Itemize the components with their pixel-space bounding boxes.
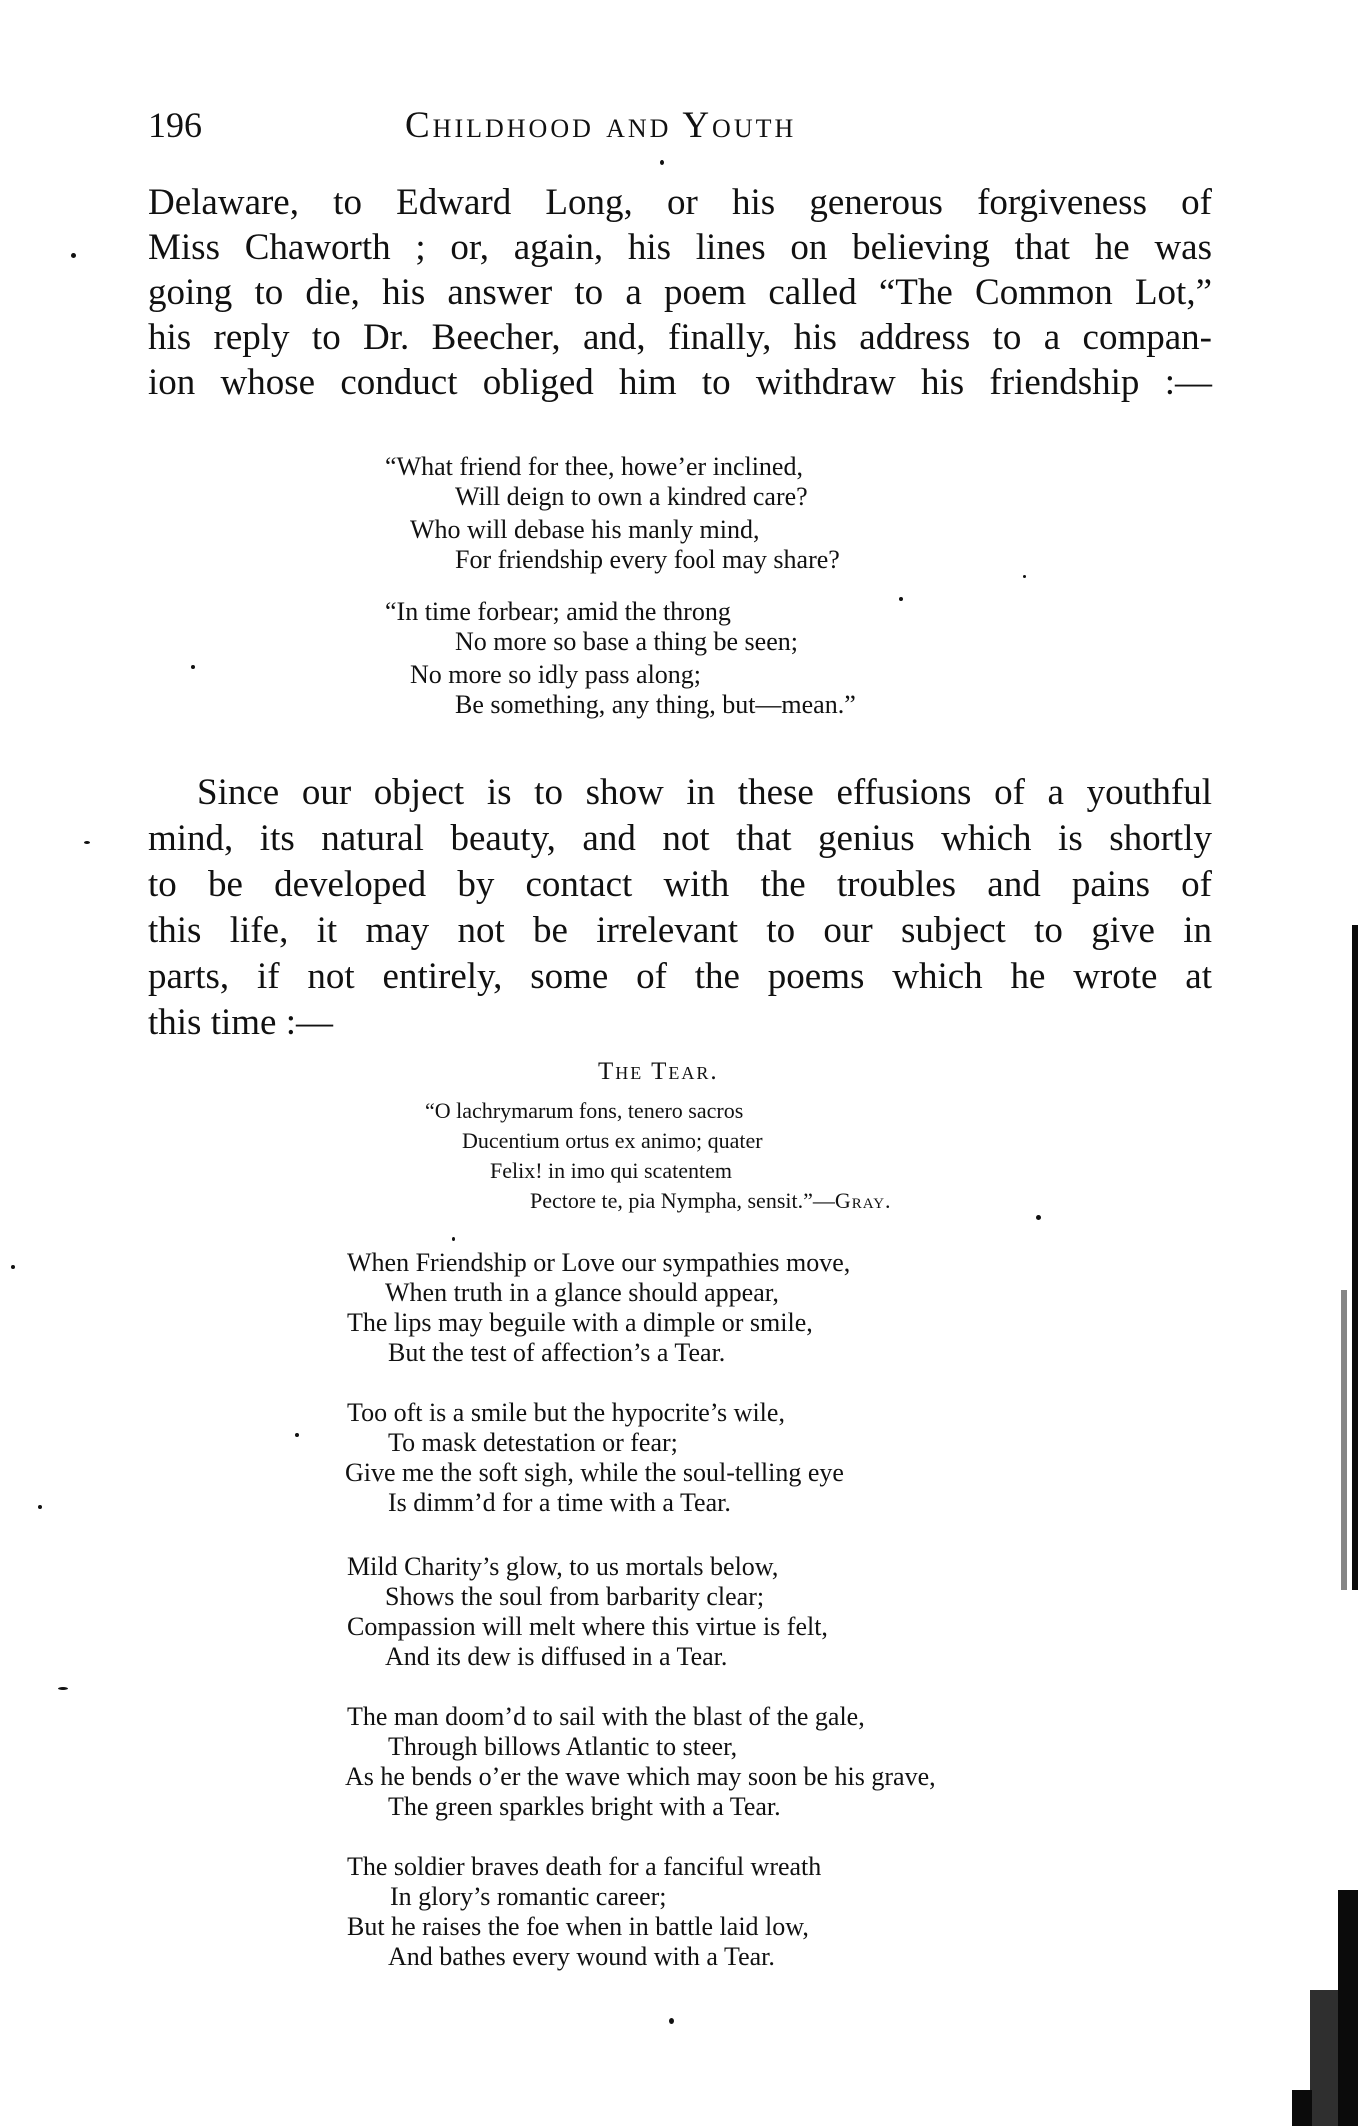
verse-line: In glory’s romantic career;: [390, 1882, 667, 1912]
text-line: Miss Chaworth ; or, again, his lines on …: [148, 225, 1212, 270]
verse-line: The soldier braves death for a fanciful …: [347, 1852, 821, 1882]
scan-speck: [11, 1265, 15, 1269]
scan-speck: [1023, 575, 1026, 578]
scan-speck: [669, 2018, 674, 2024]
verse-line: Shows the soul from barbarity clear;: [385, 1582, 764, 1612]
running-title: Childhood and Youth: [405, 104, 796, 147]
text-line: this time :—: [148, 1000, 1212, 1045]
verse-line: No more so idly pass along;: [410, 660, 701, 690]
verse-line: Who will debase his manly mind,: [410, 515, 760, 545]
text-line: this life, it may not be irrelevant to o…: [148, 908, 1212, 953]
scan-speck: [71, 253, 76, 258]
verse-line: Too oft is a smile but the hypocrite’s w…: [347, 1398, 785, 1428]
verse-line: “What friend for thee, howe’er inclined,: [385, 452, 803, 482]
verse-line: To mask detestation or fear;: [388, 1428, 678, 1458]
epigraph-line: Felix! in imo qui scatentem: [490, 1156, 732, 1186]
verse-line: Mild Charity’s glow, to us mortals below…: [347, 1552, 778, 1582]
verse-line: Give me the soft sigh, while the soul-te…: [345, 1458, 844, 1488]
text-line: parts, if not entirely, some of the poem…: [148, 954, 1212, 999]
verse-line: But he raises the foe when in battle lai…: [347, 1912, 809, 1942]
text-line: Since our object is to show in these eff…: [197, 770, 1212, 815]
verse-line: When Friendship or Love our sympathies m…: [347, 1248, 850, 1278]
scan-speck: [191, 665, 195, 669]
verse-line: No more so base a thing be seen;: [455, 627, 798, 657]
verse-line: And bathes every wound with a Tear.: [388, 1942, 775, 1972]
text-line: going to die, his answer to a poem calle…: [148, 270, 1212, 315]
epigraph-line: Ducentium ortus ex animo; quater: [462, 1126, 763, 1156]
verse-line: As he bends o’er the wave which may soon…: [345, 1762, 936, 1792]
scan-speck: [660, 160, 664, 165]
scan-speck: [452, 1237, 455, 1241]
verse-line: For friendship every fool may share?: [455, 545, 840, 575]
verse-line: The green sparkles bright with a Tear.: [388, 1792, 781, 1822]
text-line: Delaware, to Edward Long, or his generou…: [148, 180, 1212, 225]
scan-speck: [295, 1433, 299, 1437]
verse-line: Will deign to own a kindred care?: [455, 482, 808, 512]
page-number: 196: [148, 104, 202, 146]
text-line: to be developed by contact with the trou…: [148, 862, 1212, 907]
verse-line: But the test of affection’s a Tear.: [388, 1338, 725, 1368]
page-edge-shadow: [1341, 1290, 1347, 1590]
epigraph-line: “O lachrymarum fons, tenero sacros: [425, 1096, 743, 1126]
text-line: mind, its natural beauty, and not that g…: [148, 816, 1212, 861]
epigraph-text: Pectore te, pia Nympha, sensit.”—: [530, 1188, 835, 1213]
text-line: ion whose conduct obliged him to withdra…: [148, 360, 1212, 405]
epigraph-author: Gray.: [835, 1188, 892, 1213]
page-edge-blot: [1310, 1990, 1340, 2126]
scan-speck: [38, 1505, 42, 1509]
poem-title: The Tear.: [598, 1058, 719, 1086]
page-edge-blot: [1292, 2090, 1312, 2126]
verse-line: The man doom’d to sail with the blast of…: [347, 1702, 865, 1732]
text-line: his reply to Dr. Beecher, and, finally, …: [148, 315, 1212, 360]
verse-line: When truth in a glance should appear,: [385, 1278, 779, 1308]
scan-speck: [58, 1687, 68, 1690]
verse-line: And its dew is diffused in a Tear.: [385, 1642, 727, 1672]
epigraph-line: Pectore te, pia Nympha, sensit.”—Gray.: [530, 1186, 892, 1216]
verse-line: “In time forbear; amid the throng: [385, 597, 731, 627]
page-edge-shadow: [1352, 925, 1358, 1590]
verse-line: Be something, any thing, but—mean.”: [455, 690, 856, 720]
page-edge-blot: [1338, 1890, 1358, 2126]
scan-speck: [899, 597, 903, 601]
verse-line: Through billows Atlantic to steer,: [388, 1732, 737, 1762]
scan-speck: [84, 841, 90, 844]
verse-line: Is dimm’d for a time with a Tear.: [388, 1488, 731, 1518]
verse-line: Compassion will melt where this virtue i…: [347, 1612, 828, 1642]
verse-line: The lips may beguile with a dimple or sm…: [347, 1308, 813, 1338]
scan-speck: [1036, 1215, 1041, 1220]
